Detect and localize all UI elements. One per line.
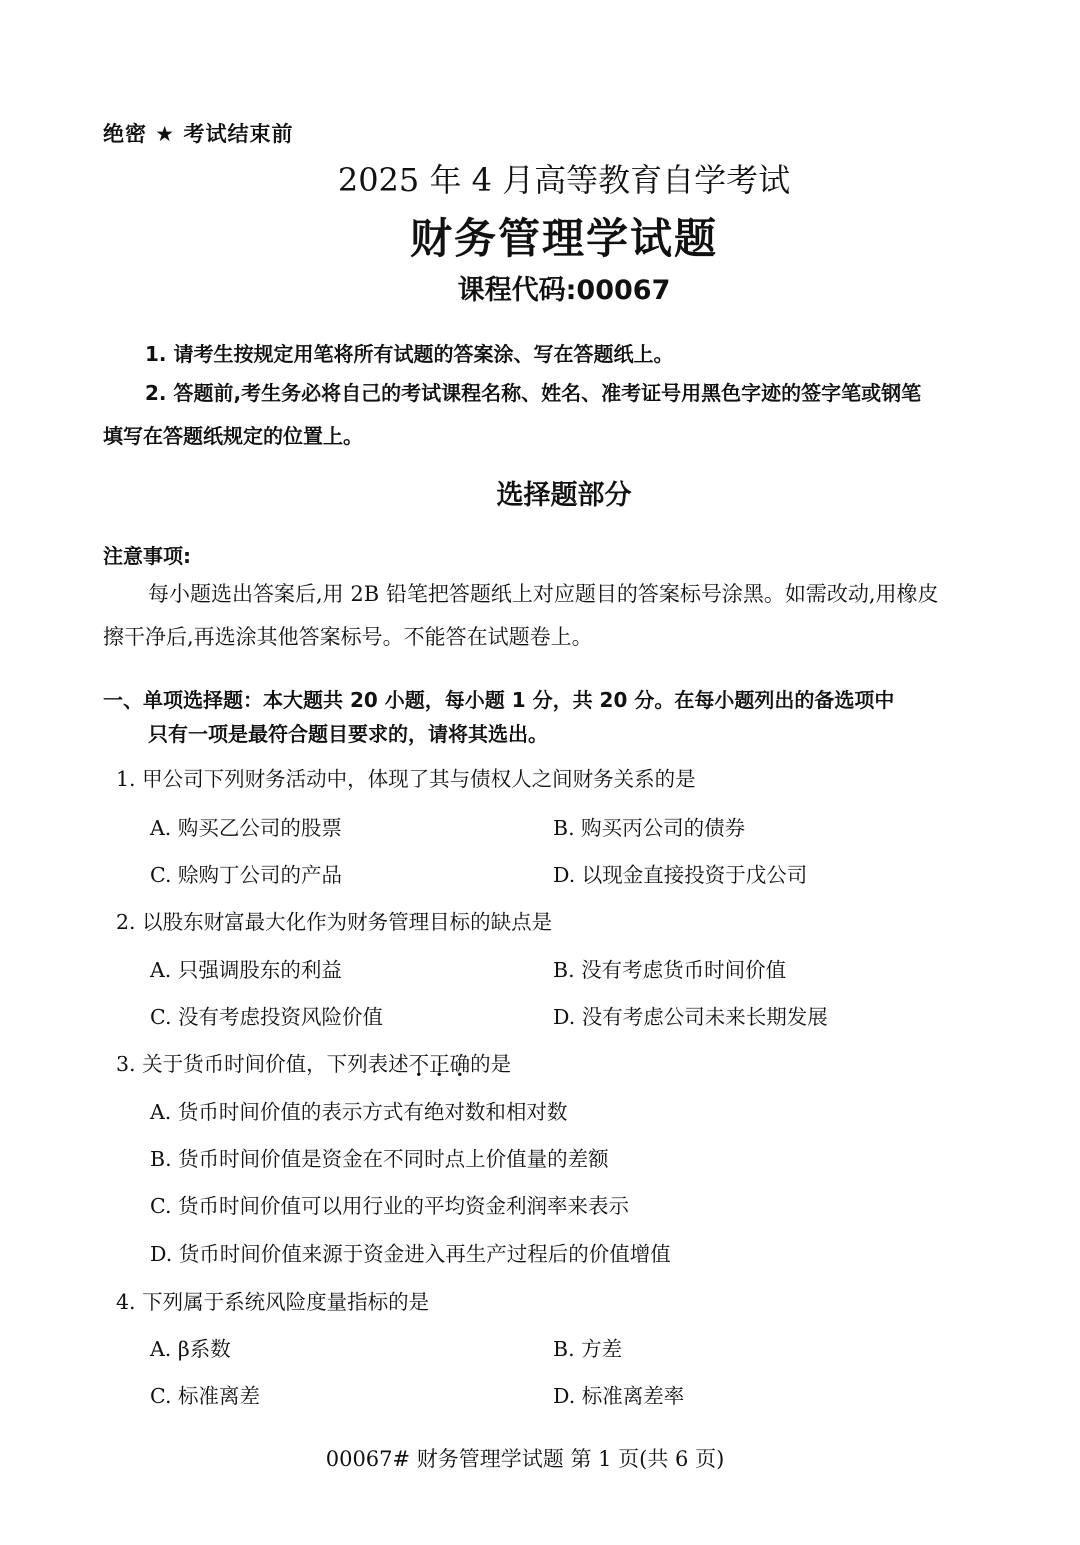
question-2-option-d: D. 没有考虑公司未来长期发展 [553,1000,828,1030]
question-4-option-a: A. β系数 [150,1332,231,1362]
question-3-option-c: C. 货币时间价值可以用行业的平均资金利润率来表示 [150,1189,629,1219]
notice-label: 注意事项: [103,540,191,569]
emphasis-char: 确 [450,1052,471,1076]
section-title: 选择题部分 [0,473,1080,512]
question-4-option-c: C. 标准离差 [150,1379,260,1409]
part-heading-line-1: 一、单项选择题：本大题共 20 小题，每小题 1 分，共 20 分。在每小题列出… [103,684,894,713]
question-2-stem: 2. 以股东财富最大化作为财务管理目标的缺点是 [116,905,552,935]
question-4-option-d: D. 标准离差率 [553,1379,684,1409]
question-4-stem: 4. 下列属于系统风险度量指标的是 [116,1285,429,1315]
subject-title: 财务管理学试题 [0,206,1080,266]
question-3-option-a: A. 货币时间价值的表示方式有绝对数和相对数 [150,1095,567,1125]
question-3-option-b: B. 货币时间价值是资金在不同时点上价值量的差额 [150,1142,609,1172]
course-code: 课程代码:00067 [0,268,1080,307]
question-3-stem-suffix: 的是 [470,1052,511,1076]
question-3-stem: 3. 关于货币时间价值，下列表述不正确的是 [116,1047,511,1077]
page-footer: 00067# 财务管理学试题 第 1 页(共 6 页) [0,1443,1050,1473]
instruction-1: 1. 请考生按规定用笔将所有试题的答案涂、写在答题纸上。 [145,338,673,367]
question-2-option-b: B. 没有考虑货币时间价值 [553,953,786,983]
question-2-option-c: C. 没有考虑投资风险价值 [150,1000,383,1030]
question-1-option-a: A. 购买乙公司的股票 [150,811,342,841]
question-1-option-d: D. 以现金直接投资于戊公司 [553,858,807,888]
question-1-option-c: C. 赊购丁公司的产品 [150,858,342,888]
question-4-option-b: B. 方差 [553,1332,622,1362]
question-3-option-d: D. 货币时间价值来源于资金进入再生产过程后的价值增值 [150,1237,671,1267]
notice-line-2: 擦干净后,再选涂其他答案标号。不能答在试题卷上。 [103,621,593,651]
question-2-option-a: A. 只强调股东的利益 [150,953,342,983]
question-3-stem-prefix: 3. 关于货币时间价值，下列表述 [116,1052,409,1076]
question-1-stem: 1. 甲公司下列财务活动中，体现了其与债权人之间财务关系的是 [116,762,696,792]
exam-title: 2025 年 4 月高等教育自学考试 [0,155,1080,201]
part-heading-line-2: 只有一项是最符合题目要求的，请将其选出。 [148,718,548,747]
instruction-2: 2. 答题前,考生务必将自己的考试课程名称、姓名、准考证号用黑色字迹的签字笔或钢… [145,377,921,406]
notice-line-1: 每小题选出答案后,用 2B 铅笔把答题纸上对应题目的答案标号涂黑。如需改动,用橡… [148,578,939,608]
question-1-option-b: B. 购买丙公司的债券 [553,811,745,841]
emphasis-char: 正 [429,1052,450,1076]
instruction-2-cont: 填写在答题纸规定的位置上。 [103,420,363,449]
emphasis-char: 不 [409,1052,430,1076]
confidential-label: 绝密 ★ 考试结束前 [103,118,293,148]
